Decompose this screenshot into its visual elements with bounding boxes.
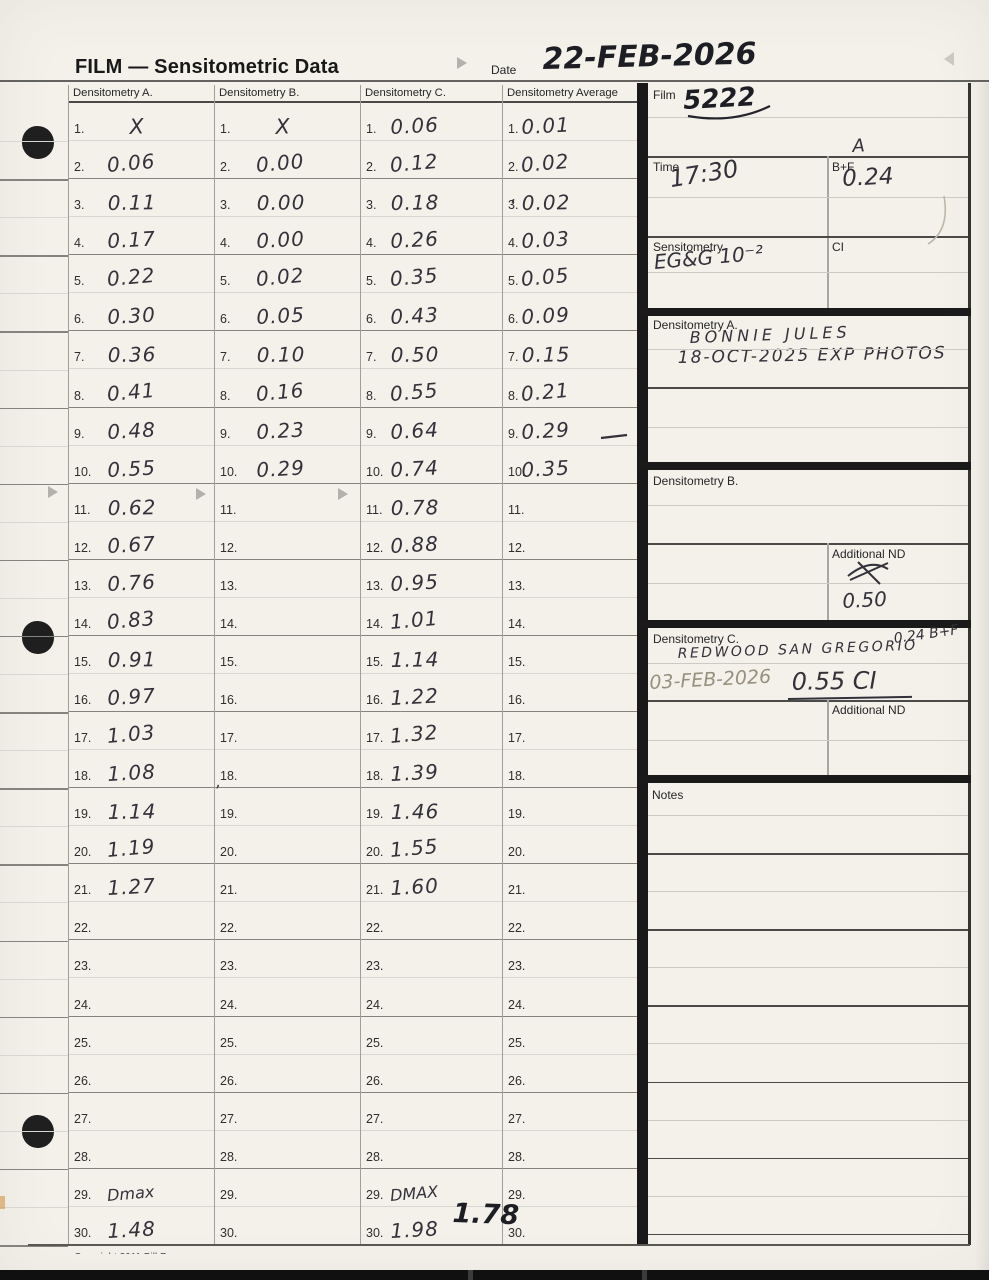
marker-triangle-icon [338, 488, 348, 500]
row-number: 3. [220, 198, 230, 212]
writing-line [648, 197, 968, 198]
cell-avg-17: 17. [503, 712, 637, 750]
row-number: 22. [508, 921, 525, 935]
margin-line [0, 293, 68, 294]
row-number: 5. [74, 274, 84, 288]
cell-b-22: 22. [215, 902, 360, 940]
cell-avg-13: 13. [503, 560, 637, 598]
cell-b-20: 20. [215, 826, 360, 864]
row-number: 18. [74, 769, 91, 783]
handwritten-value: 0.78 [390, 495, 439, 520]
margin-line [0, 408, 68, 410]
cell-b-16: 16. [215, 674, 360, 712]
cell-avg-25: 25. [503, 1017, 637, 1055]
cell-b-24: 24. [215, 978, 360, 1016]
cell-avg-4: 4.0.03 [503, 217, 637, 255]
row-number: 12. [220, 541, 237, 555]
handwritten-value: 0.23 [256, 417, 306, 444]
handwritten-value: 0.83 [106, 606, 156, 634]
column-a: Densitometry A.1.X2.0.063.0.114.0.175.0.… [68, 85, 214, 1245]
cell-b-27: 27. [215, 1093, 360, 1131]
row-number: 26. [74, 1074, 91, 1088]
row-number: 14. [508, 617, 525, 631]
row-number: 6. [220, 312, 230, 326]
row-number: 25. [220, 1036, 237, 1050]
cell-avg-18: 18. [503, 750, 637, 788]
cell-a-16: 16.0.97 [69, 674, 214, 712]
cell-avg-8: 8.0.21 [503, 369, 637, 407]
bf-annotation-handwritten: A [852, 135, 865, 157]
margin-line [0, 712, 68, 714]
row-number: 7. [74, 350, 84, 364]
column-header-a: Densitometry A. [69, 85, 214, 103]
additional-nd-label-c: Additional ND [832, 703, 905, 717]
row-number: 11. [220, 503, 236, 517]
writing-line [648, 349, 968, 350]
margin-line [0, 1093, 68, 1095]
margin-line [0, 941, 68, 943]
row-number: 3. [74, 198, 84, 212]
column-avg: Densitometry Average1.0.012.0.023.0.024.… [502, 85, 637, 1245]
marker-triangle-icon [944, 52, 954, 66]
cell-a-8: 8.0.41 [69, 369, 214, 407]
row-number: 2. [508, 160, 518, 174]
ci-label: CI [832, 240, 844, 254]
margin-line [0, 598, 68, 599]
copyright-text: Copyright 2011 Bill P [74, 1252, 167, 1254]
margin-line [0, 1169, 68, 1171]
margin-line [0, 1131, 68, 1132]
section-line [648, 236, 968, 238]
marker-triangle-icon [457, 57, 467, 69]
row-number: 11. [508, 503, 524, 517]
row-number: 27. [366, 1112, 383, 1126]
cell-avg-3: 3.0.02 [503, 179, 637, 217]
handwritten-value: 0.00 [256, 227, 306, 254]
cell-c-1: 1.0.06 [361, 103, 502, 141]
densitometry-c-date-handwritten: 03-FEB-2026 [649, 666, 772, 694]
handwritten-value: 0.15 [521, 343, 570, 368]
cell-avg-22: 22. [503, 902, 637, 940]
row-number: 2. [74, 160, 84, 174]
row-number: 27. [508, 1112, 525, 1126]
row-number: 7. [366, 350, 376, 364]
bf-value-handwritten: 0.24 [842, 163, 895, 192]
row-number: 4. [220, 236, 230, 250]
handwritten-value: 1.48 [107, 1216, 157, 1243]
row-number: 18. [366, 769, 383, 783]
margin-line [0, 370, 68, 371]
cell-avg-26: 26. [503, 1055, 637, 1093]
handwritten-value: 0.91 [108, 647, 157, 672]
row-number: 4. [366, 236, 376, 250]
row-number: 26. [366, 1074, 383, 1088]
row-number: 10. [74, 465, 91, 479]
cell-avg-20: 20. [503, 826, 637, 864]
column-c: Densitometry C.1.0.062.0.123.0.184.0.265… [360, 85, 502, 1245]
cell-c-15: 15.1.14 [361, 636, 502, 674]
row-number: 12. [366, 541, 383, 555]
cell-a-14: 14.0.83 [69, 598, 214, 636]
row-number: 17. [74, 731, 91, 745]
row-number: 19. [508, 807, 525, 821]
row-number: 1. [220, 122, 230, 136]
row-number: 14. [74, 617, 91, 631]
cell-b-8: 8.0.16 [215, 369, 360, 407]
cell-a-25: 25. [69, 1017, 214, 1055]
row-number: 1. [508, 122, 518, 136]
row-number: 17. [508, 731, 525, 745]
handwritten-value: 1.14 [390, 647, 439, 672]
handwritten-value: 0.11 [108, 190, 157, 215]
handwritten-value: 0.12 [389, 149, 439, 177]
cell-a-22: 22. [69, 902, 214, 940]
cell-avg-6: 6.0.09 [503, 293, 637, 331]
handwritten-value: 0.00 [257, 190, 306, 215]
densitometry-b-label: Densitometry B. [653, 474, 738, 488]
cell-c-20: 20.1.55 [361, 826, 502, 864]
row-number: 30. [220, 1226, 237, 1240]
cell-a-27: 27. [69, 1093, 214, 1131]
row-number: 25. [366, 1036, 383, 1050]
cell-a-13: 13.0.76 [69, 560, 214, 598]
handwritten-value: 1.98 [389, 1216, 439, 1243]
cell-a-10: 10.0.55 [69, 446, 214, 484]
row-number: 16. [508, 693, 525, 707]
cell-avg-10: 10.0.35 [503, 446, 637, 484]
column-header-c: Densitometry C. [361, 85, 502, 103]
notes-line [648, 967, 968, 968]
cell-c-10: 10.0.74 [361, 446, 502, 484]
row-number: 30. [74, 1226, 91, 1240]
handwritten-value: 0.95 [389, 569, 439, 596]
cell-c-5: 5.0.35 [361, 255, 502, 293]
handwritten-value: 0.29 [520, 417, 570, 444]
row-number: 17. [366, 731, 383, 745]
row-number: 11. [74, 503, 90, 517]
handwritten-value: 1.01 [389, 606, 439, 634]
margin-line [0, 179, 68, 181]
row-number: 6. [508, 312, 518, 326]
scan-band-notch [642, 1270, 647, 1280]
additional-nd-value-handwritten: 0.50 [842, 587, 888, 613]
row-number: 21. [366, 883, 383, 897]
row-number: 7. [220, 350, 230, 364]
cell-a-7: 7.0.36 [69, 331, 214, 369]
film-value-handwritten: 5222 [682, 82, 756, 116]
row-number: 9. [74, 427, 84, 441]
handwritten-value: 0.55 [107, 455, 157, 482]
row-number: 18. [220, 769, 237, 783]
cell-b-23: 23. [215, 940, 360, 978]
row-number: 28. [74, 1150, 91, 1164]
cell-a-12: 12.0.67 [69, 522, 214, 560]
row-number: 19. [366, 807, 383, 821]
notes-line [648, 1158, 968, 1160]
cell-a-6: 6.0.30 [69, 293, 214, 331]
handwritten-value: Dmax [106, 1182, 155, 1205]
cell-avg-27: 27. [503, 1093, 637, 1131]
handwritten-value: 0.48 [107, 417, 157, 444]
writing-line [648, 427, 968, 428]
cell-b-18: 18. [215, 750, 360, 788]
margin-line [0, 902, 68, 903]
row-number: 9. [220, 427, 230, 441]
handwritten-value: 0.35 [520, 455, 570, 482]
cell-avg-24: 24. [503, 978, 637, 1016]
row-number: 17. [220, 731, 237, 745]
row-number: 14. [366, 617, 383, 631]
row-number: 23. [220, 959, 237, 973]
notes-line [648, 815, 968, 816]
margin-line [0, 1017, 68, 1019]
cell-avg-11: 11. [503, 484, 637, 522]
writing-line [648, 663, 968, 664]
cell-c-14: 14.1.01 [361, 598, 502, 636]
additional-nd-label-b: Additional ND [832, 547, 905, 561]
cell-a-2: 2.0.06 [69, 141, 214, 179]
cell-b-15: 15. [215, 636, 360, 674]
cell-a-29: 29.Dmax [69, 1169, 214, 1207]
panel-divider [637, 83, 648, 1245]
cell-c-6: 6.0.43 [361, 293, 502, 331]
row-number: 28. [366, 1150, 383, 1164]
cell-b-21: 21. [215, 864, 360, 902]
row-number: 13. [74, 579, 91, 593]
row-number: 18. [508, 769, 525, 783]
handwritten-value: 0.06 [106, 149, 156, 177]
cell-c-13: 13.0.95 [361, 560, 502, 598]
marker-triangle-icon [48, 486, 58, 498]
row-number: 13. [508, 579, 525, 593]
cell-b-17: 17. [215, 712, 360, 750]
cell-a-18: 18.1.08 [69, 750, 214, 788]
row-number: 5. [220, 274, 230, 288]
cell-a-5: 5.0.22 [69, 255, 214, 293]
handwritten-value: 0.09 [520, 303, 570, 330]
row-number: 10. [220, 465, 237, 479]
row-number: 15. [74, 655, 91, 669]
cell-b-26: 26. [215, 1055, 360, 1093]
row-number: 29. [220, 1188, 237, 1202]
cell-b-13: 13. [215, 560, 360, 598]
row-number: 5. [508, 274, 518, 288]
film-label: Film [653, 88, 676, 102]
row-number: 15. [220, 655, 237, 669]
row-number: 4. [508, 236, 518, 250]
cell-b-28: 28. [215, 1131, 360, 1169]
handwritten-value: 1.27 [107, 874, 157, 901]
row-number: 15. [366, 655, 383, 669]
handwritten-value: 0.43 [389, 303, 439, 330]
cell-avg-9: 9.0.29 [503, 408, 637, 446]
row-number: 4. [74, 236, 84, 250]
cell-a-23: 23. [69, 940, 214, 978]
cell-c-25: 25. [361, 1017, 502, 1055]
row-number: 10. [366, 465, 383, 479]
row-number: 23. [508, 959, 525, 973]
handwritten-value: X [129, 114, 146, 139]
cell-b-30: 30. [215, 1207, 360, 1245]
column-b: Densitometry B.1.X2.0.003.0.004.0.005.0.… [214, 85, 360, 1245]
row-number: 21. [508, 883, 525, 897]
row-number: 12. [74, 541, 91, 555]
cell-c-3: 3.0.18 [361, 179, 502, 217]
handwritten-value: 1.32 [389, 720, 439, 748]
marker-triangle-icon [196, 488, 206, 500]
row-number: 2. [220, 160, 230, 174]
handwritten-value: 0.02 [520, 149, 570, 177]
row-number: 1. [366, 122, 376, 136]
row-number: 22. [74, 921, 91, 935]
copyright-clipped: Copyright 2011 Bill P [74, 1247, 494, 1254]
row-number: 5. [366, 274, 376, 288]
handwritten-value: DMAX [389, 1182, 439, 1205]
handwritten-value: 0.30 [107, 303, 157, 330]
cell-a-9: 9.0.48 [69, 408, 214, 446]
row-number: 13. [220, 579, 237, 593]
cell-a-11: 11.0.62 [69, 484, 214, 522]
cell-b-1: 1.X [215, 103, 360, 141]
row-number: 25. [508, 1036, 525, 1050]
notes-line [648, 891, 968, 892]
writing-line [648, 740, 968, 741]
cell-avg-28: 28. [503, 1131, 637, 1169]
row-number: 2. [366, 160, 376, 174]
cell-a-24: 24. [69, 978, 214, 1016]
cell-c-28: 28. [361, 1131, 502, 1169]
stray-tick-mark: ’ [509, 196, 515, 215]
cell-a-28: 28. [69, 1131, 214, 1169]
handwritten-value: X [275, 114, 292, 139]
row-number: 23. [74, 959, 91, 973]
handwritten-value: 0.97 [107, 683, 157, 710]
handwritten-value: 1.19 [106, 834, 156, 862]
cell-c-11: 11.0.78 [361, 484, 502, 522]
cell-a-15: 15.0.91 [69, 636, 214, 674]
notes-lines [648, 783, 968, 1245]
cell-c-17: 17.1.32 [361, 712, 502, 750]
row-number: 8. [74, 389, 84, 403]
notes-line [648, 1082, 968, 1084]
cell-avg-1: 1.0.01 [503, 103, 637, 141]
cell-b-25: 25. [215, 1017, 360, 1055]
paper-edge-shade [975, 83, 989, 1273]
handwritten-value: 0.36 [108, 343, 157, 368]
handwritten-value: 0.02 [521, 190, 570, 215]
panel-vertical-divider [827, 543, 829, 620]
form-bottom-line [28, 1244, 970, 1246]
cell-c-19: 19.1.46 [361, 788, 502, 826]
row-number: 9. [508, 427, 518, 441]
handwritten-value: 0.22 [106, 263, 156, 291]
handwritten-value: 0.10 [257, 343, 306, 368]
handwritten-value: 0.41 [106, 377, 156, 405]
row-number: 21. [74, 883, 91, 897]
cell-a-19: 19.1.14 [69, 788, 214, 826]
cell-avg-5: 5.0.05 [503, 255, 637, 293]
cell-c-23: 23. [361, 940, 502, 978]
densitometry-a-line2-handwritten: 18-OCT-2025 EXP PHOTOS [678, 343, 947, 368]
row-number: 9. [366, 427, 376, 441]
handwritten-value: 0.16 [255, 377, 305, 405]
cell-a-17: 17.1.03 [69, 712, 214, 750]
cell-b-19: 19. [215, 788, 360, 826]
cell-b-29: 29. [215, 1169, 360, 1207]
margin-line [0, 636, 68, 638]
panel-vertical-divider [827, 156, 829, 308]
c30-extra-value-handwritten: 1.78 [452, 1198, 520, 1231]
stray-tick-mark: ’ [214, 782, 220, 800]
cell-c-21: 21.1.60 [361, 864, 502, 902]
row-number: 23. [366, 959, 383, 973]
margin-line [0, 864, 68, 866]
cell-c-7: 7.0.50 [361, 331, 502, 369]
handwritten-value: 0.55 [389, 377, 439, 405]
row-number: 24. [366, 998, 383, 1012]
row-number: 7. [508, 350, 518, 364]
handwritten-value: 1.03 [106, 720, 156, 748]
panel-right-border [968, 83, 971, 1245]
row-number: 6. [366, 312, 376, 326]
cell-b-7: 7.0.10 [215, 331, 360, 369]
writing-line [648, 583, 968, 584]
row-number: 22. [366, 921, 383, 935]
margin-line [0, 217, 68, 218]
cell-avg-21: 21. [503, 864, 637, 902]
margin-line [0, 331, 68, 333]
handwritten-value: 1.55 [389, 834, 439, 862]
handwritten-value: 0.29 [256, 455, 306, 482]
row-number: 20. [74, 845, 91, 859]
handwritten-value: 1.14 [108, 799, 157, 824]
cell-avg-14: 14. [503, 598, 637, 636]
row-number: 12. [508, 541, 525, 555]
edge-fleck [0, 1196, 5, 1209]
cell-a-30: 30.1.48 [69, 1207, 214, 1245]
handwritten-value: 0.62 [108, 495, 157, 520]
handwritten-value: 1.39 [389, 760, 439, 787]
handwritten-value: 0.64 [389, 417, 439, 444]
margin-line [0, 446, 68, 447]
row-number: 30. [366, 1226, 383, 1240]
cell-avg-23: 23. [503, 940, 637, 978]
cell-a-20: 20.1.19 [69, 826, 214, 864]
writing-line [648, 272, 968, 273]
notes-line [648, 929, 968, 931]
handwritten-value: 1.22 [389, 683, 439, 710]
handwritten-value: 0.05 [520, 263, 570, 291]
densitometry-c-ci-handwritten: 0.55 CI [787, 666, 911, 700]
row-number: 20. [220, 845, 237, 859]
cell-b-4: 4.0.00 [215, 217, 360, 255]
row-number: 26. [220, 1074, 237, 1088]
handwritten-value: 0.67 [107, 531, 157, 558]
row-number: 20. [366, 845, 383, 859]
row-number: 27. [220, 1112, 237, 1126]
handwritten-value: 0.05 [256, 303, 306, 330]
header-rule [0, 80, 989, 82]
cell-b-6: 6.0.05 [215, 293, 360, 331]
row-number: 21. [220, 883, 237, 897]
margin-line [0, 750, 68, 751]
handwritten-value: 0.00 [255, 149, 305, 177]
section-line [648, 387, 968, 389]
handwritten-value: 1.08 [107, 760, 157, 787]
margin-line [0, 560, 68, 562]
handwritten-value: 0.01 [520, 113, 570, 140]
margin-line [0, 141, 68, 142]
